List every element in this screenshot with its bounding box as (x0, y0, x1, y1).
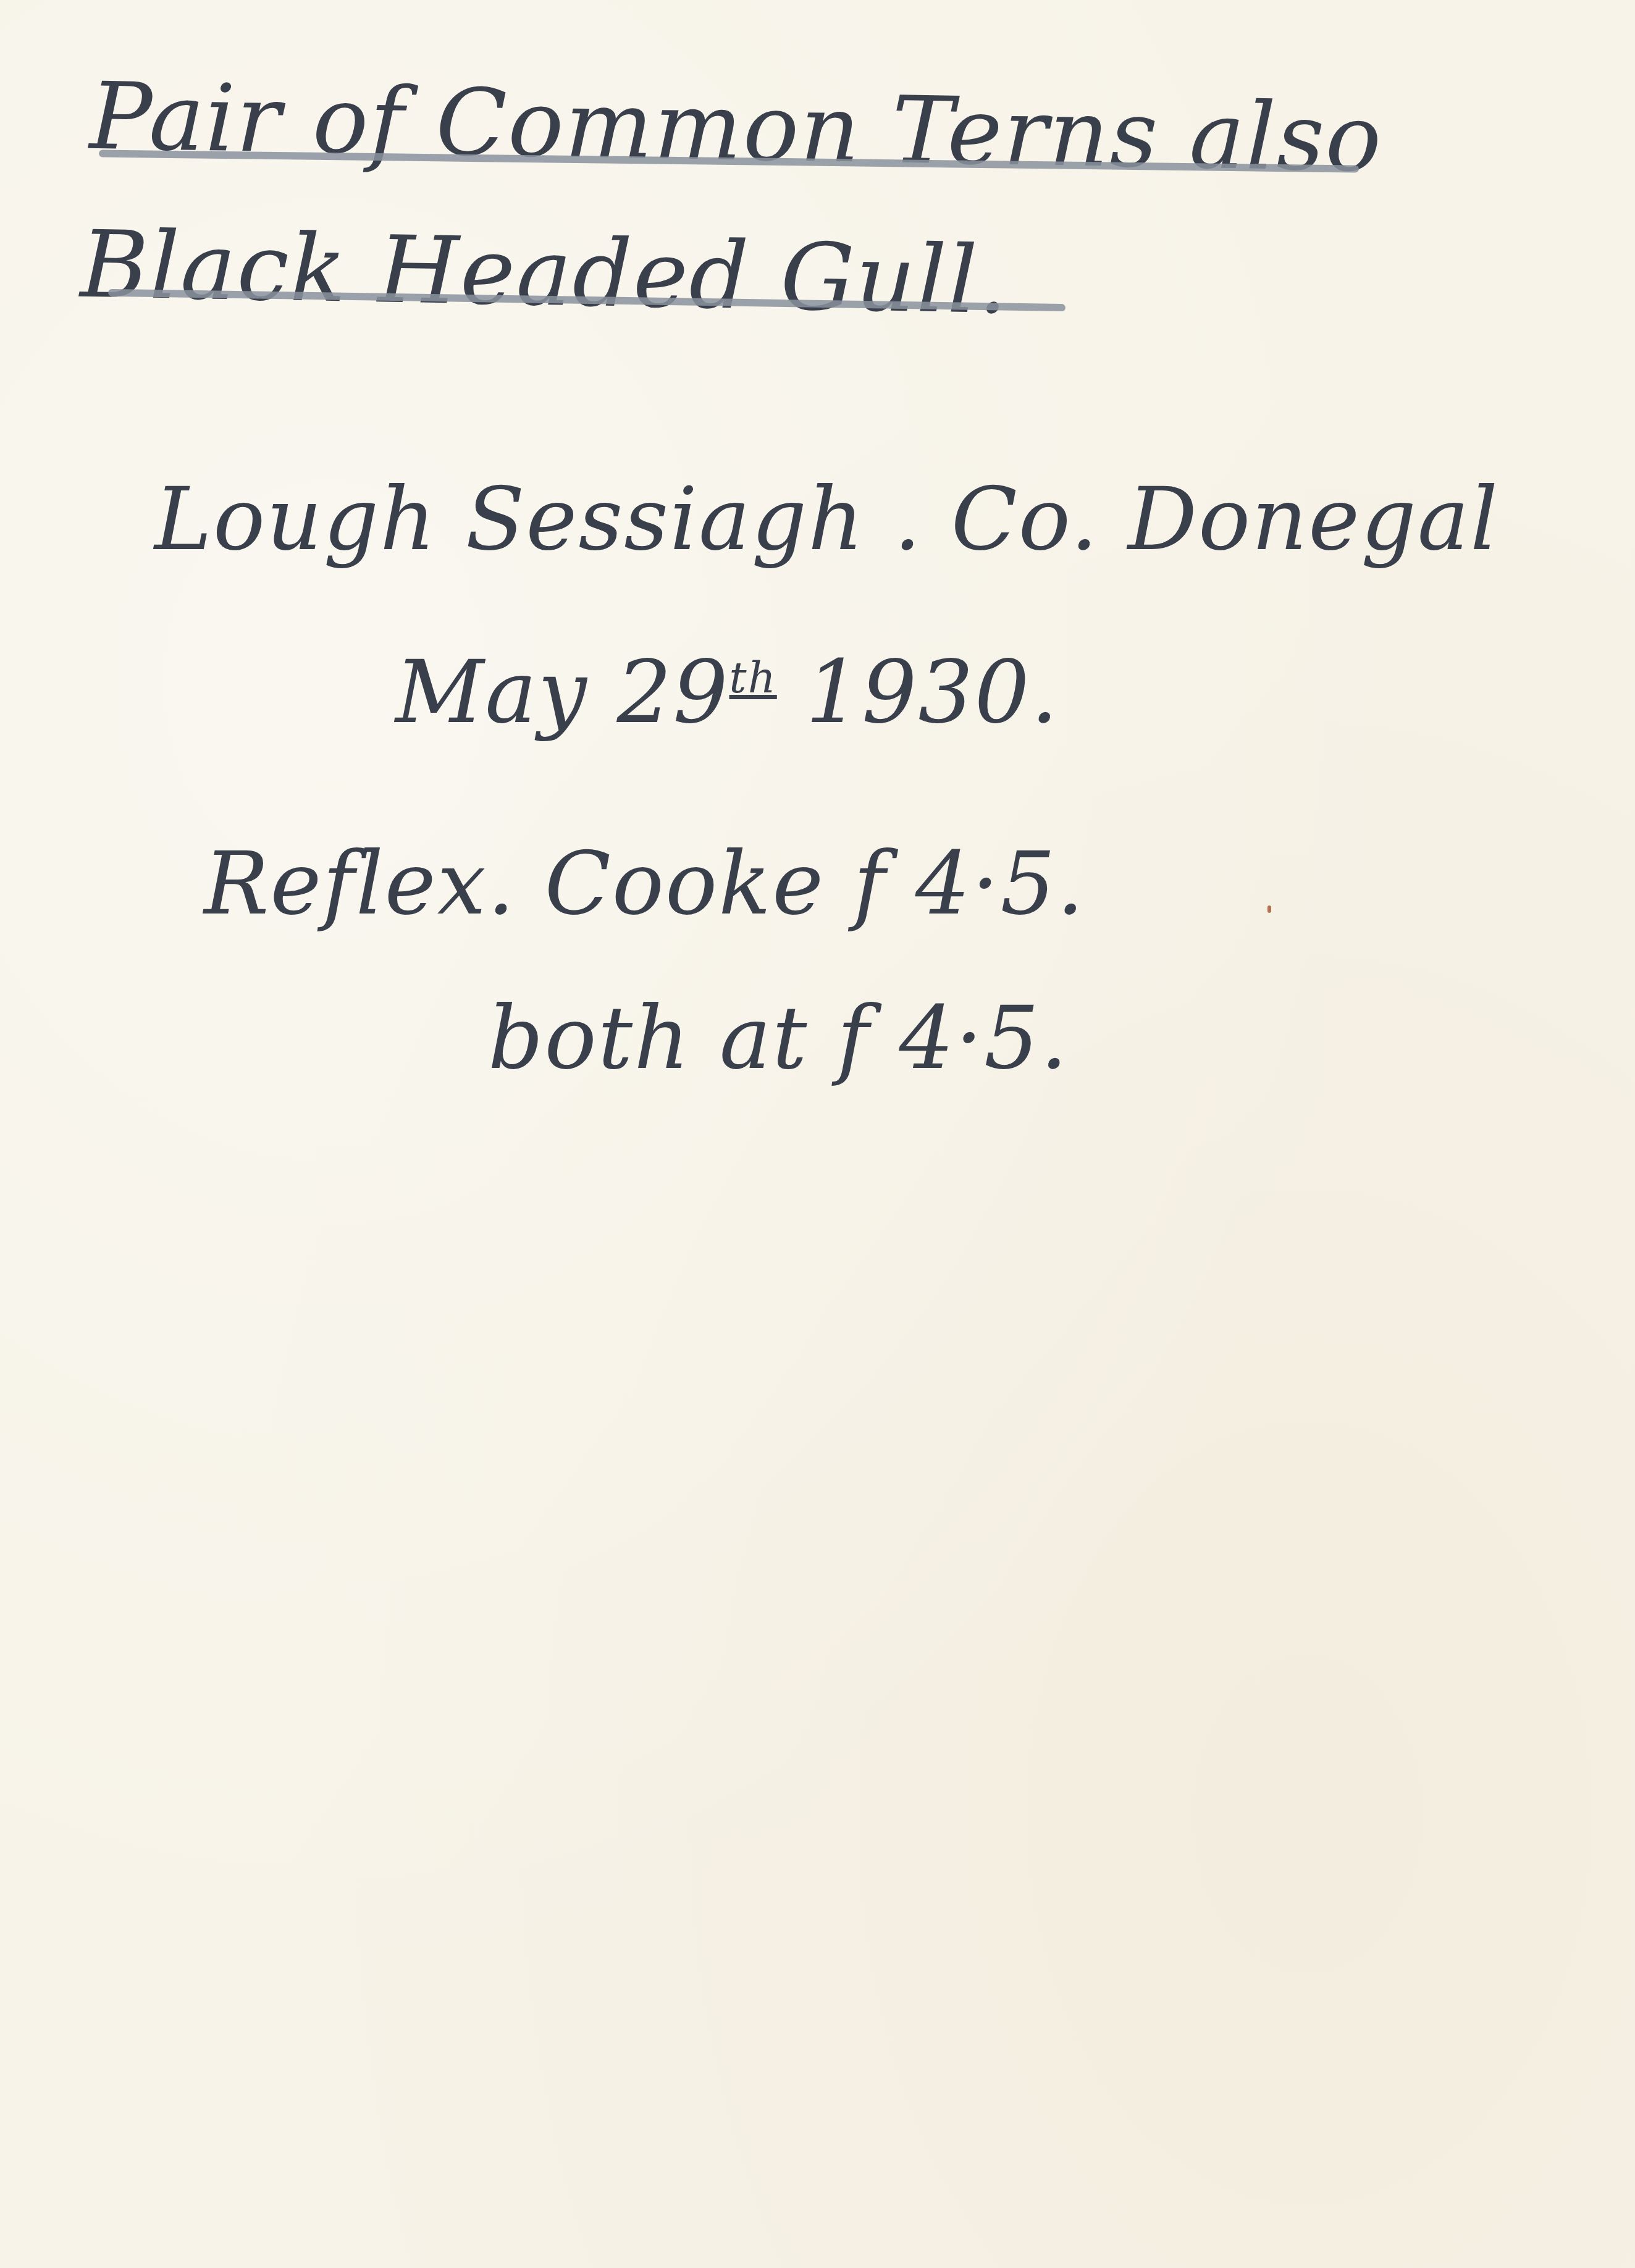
camera-note-line-1: Reflex. Cooke f 4·5. (204, 834, 1085, 934)
paper-sheet (0, 0, 1635, 2268)
heading-line-1: Pair of Common Terns also (89, 63, 1384, 193)
date-ordinal: th (729, 652, 777, 703)
paper-speck (1267, 905, 1271, 913)
date-text: May 29th 1930. (395, 642, 1059, 743)
date-month-day: May 29 (395, 642, 729, 743)
date-year: 1930. (805, 642, 1059, 743)
heading-line-2: Black Headed Gull. (80, 211, 1011, 335)
camera-note-line-2: both at f 4·5. (488, 988, 1069, 1089)
location-text: Lough Sessiagh . Co. Donegal (154, 469, 1499, 570)
